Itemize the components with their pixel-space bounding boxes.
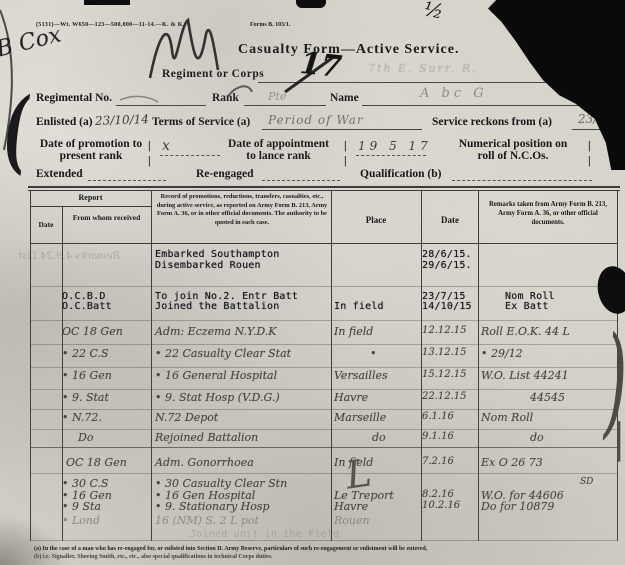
rank-scrawl <box>228 86 252 96</box>
top-edge-mark <box>84 0 130 5</box>
signature-scribble <box>150 20 218 78</box>
pen-scribble-overlay <box>0 0 625 565</box>
corner-shadow <box>0 515 70 565</box>
top-edge-mark-2 <box>296 0 326 8</box>
regno-scrawl <box>120 96 158 102</box>
scanned-casualty-form: (5131)—Wt. W650—123—500,000—11-14.—K. & … <box>0 0 625 565</box>
left-edge-stroke <box>0 10 12 150</box>
diagonal-stroke <box>285 56 335 92</box>
